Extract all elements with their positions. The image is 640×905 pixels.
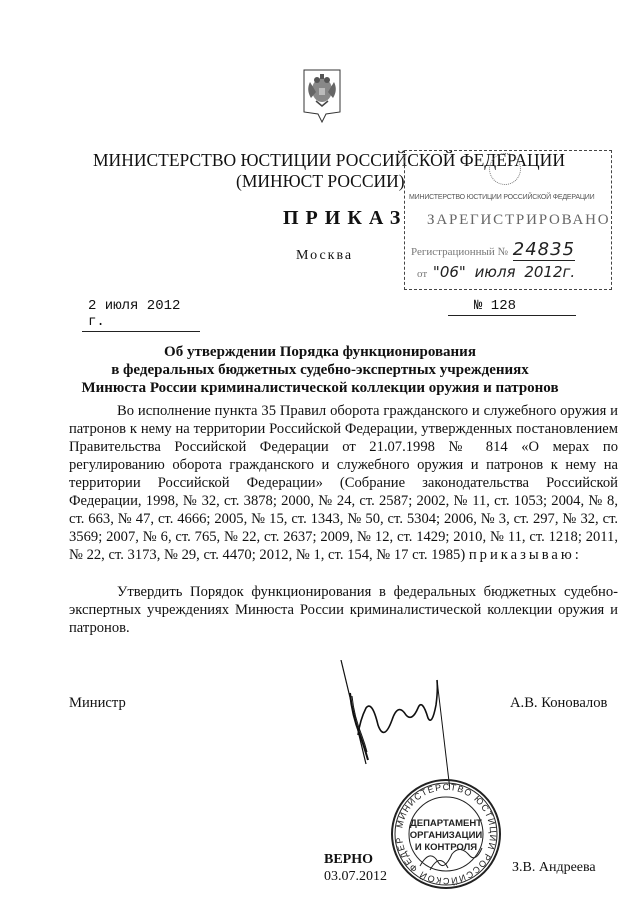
department-seal-icon: МИНИСТЕРСТВО ЮСТИЦИИ РОССИЙСКОЙ ФЕДЕРАЦИ… bbox=[390, 778, 502, 890]
svg-text:ДЕПАРТАМЕНТ: ДЕПАРТАМЕНТ bbox=[410, 818, 482, 829]
certified-label: ВЕРНО bbox=[324, 852, 373, 868]
stamp-month: июля bbox=[475, 263, 516, 281]
stamp-reg-label: Регистрационный № bbox=[411, 246, 508, 258]
ministry-abbreviation: (МИНЮСТ РОССИИ) bbox=[236, 171, 405, 192]
stamp-date-line: от "06" июля 2012г. bbox=[417, 263, 578, 281]
paragraph-order: Утвердить Порядок функционирования в фед… bbox=[69, 583, 618, 637]
paragraph-preamble: Во исполнение пункта 35 Правил оборота г… bbox=[69, 402, 618, 564]
svg-text:И КОНТРОЛЯ: И КОНТРОЛЯ bbox=[415, 842, 477, 853]
stamp-reg-line: Регистрационный № 24835 bbox=[411, 239, 575, 260]
document-title: Об утверждении Порядка функционирования … bbox=[0, 343, 640, 397]
certified-date: 03.07.2012 bbox=[324, 869, 387, 885]
svg-text:ОРГАНИЗАЦИИ: ОРГАНИЗАЦИИ bbox=[410, 830, 483, 841]
stamp-reg-number: 24835 bbox=[513, 239, 575, 261]
stamp-day: "06" bbox=[433, 263, 466, 281]
document-type: ПРИКАЗ bbox=[283, 207, 407, 230]
certifier-name: З.В. Андреева bbox=[512, 860, 596, 876]
stamp-date-prefix: от bbox=[417, 268, 427, 280]
title-line-2: в федеральных бюджетных судебно-экспертн… bbox=[0, 361, 640, 379]
stamp-year: 2012г. bbox=[524, 263, 575, 281]
document-number: № 128 bbox=[448, 298, 576, 316]
preamble-text: Во исполнение пункта 35 Правил оборота г… bbox=[69, 403, 618, 563]
document-date: 2 июля 2012 г. bbox=[82, 298, 200, 332]
registration-stamp: МИНИСТЕРСТВО ЮСТИЦИИ РОССИЙСКОЙ ФЕДЕРАЦИ… bbox=[404, 150, 612, 290]
coat-of-arms-icon bbox=[302, 68, 342, 124]
signatory-position: Министр bbox=[69, 695, 126, 712]
title-line-1: Об утверждении Порядка функционирования bbox=[0, 343, 640, 361]
stamp-emblem-icon bbox=[489, 153, 521, 185]
city: Москва bbox=[296, 248, 353, 264]
title-line-3: Минюста России криминалистической коллек… bbox=[0, 379, 640, 397]
stamp-org: МИНИСТЕРСТВО ЮСТИЦИИ РОССИЙСКОЙ ФЕДЕРАЦИ… bbox=[409, 194, 594, 201]
order-word: приказываю: bbox=[469, 547, 582, 563]
signatory-name: А.В. Коновалов bbox=[510, 695, 607, 712]
stamp-status: ЗАРЕГИСТРИРОВАНО bbox=[427, 212, 610, 229]
